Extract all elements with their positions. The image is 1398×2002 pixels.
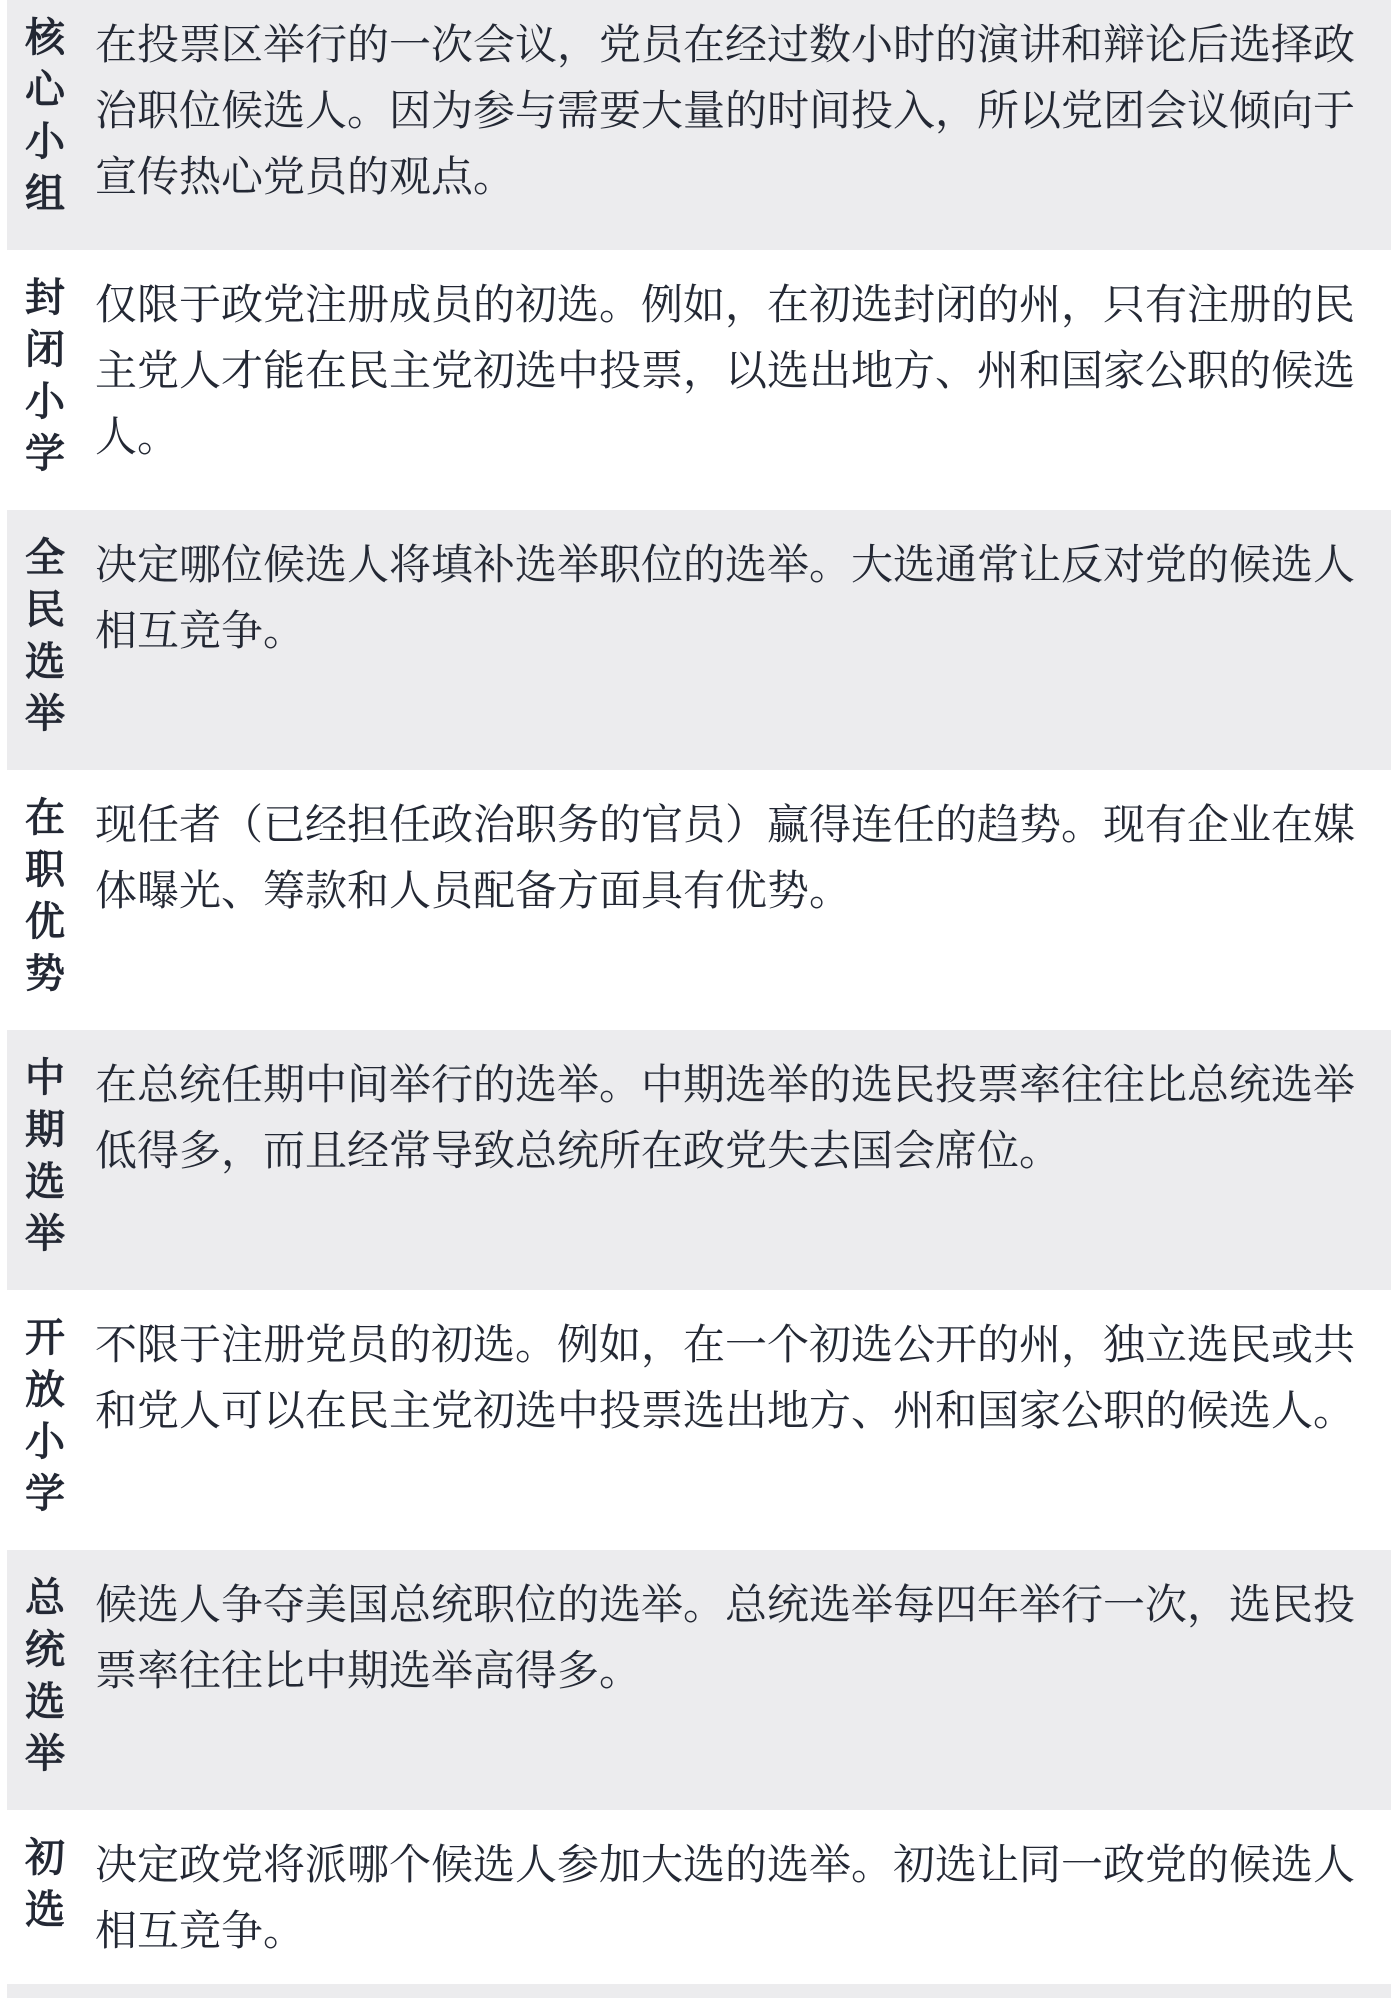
- term-cell: 中期选举: [7, 1052, 69, 1260]
- table-row: 全民选举决定哪位候选人将填补选举职位的选举。大选通常让反对党的候选人相互竞争。: [7, 510, 1391, 770]
- table-row: 总统选举候选人争夺美国总统职位的选举。总统选举每四年举行一次，选民投票率往往比中…: [7, 1550, 1391, 1810]
- definition-cell: 候选人争夺美国总统职位的选举。总统选举每四年举行一次，选民投票率往往比中期选举高…: [95, 1572, 1391, 1704]
- definition-cell: 决定哪位候选人将填补选举职位的选举。大选通常让反对党的候选人相互竞争。: [95, 532, 1391, 664]
- term-cell: 初选: [7, 1832, 69, 1936]
- definition-cell: 在投票区举行的一次会议，党员在经过数小时的演讲和辩论后选择政治职位候选人。因为参…: [95, 12, 1391, 210]
- term-cell: 封闭小学: [7, 272, 69, 480]
- term-cell: 总统选举: [7, 1572, 69, 1780]
- definition-cell: 在总统任期中间举行的选举。中期选举的选民投票率往往比总统选举低得多，而且经常导致…: [95, 1052, 1391, 1184]
- definition-cell: 不限于注册党员的初选。例如，在一个初选公开的州，独立选民或共和党人可以在民主党初…: [95, 1312, 1391, 1444]
- term-cell: 在职优势: [7, 792, 69, 1000]
- table-row: 封闭小学仅限于政党注册成员的初选。例如，在初选封闭的州，只有注册的民主党人才能在…: [7, 250, 1391, 510]
- term-cell: 开放小学: [7, 1312, 69, 1520]
- table-row: 在职优势现任者（已经担任政治职务的官员）赢得连任的趋势。现有企业在媒体曝光、筹款…: [7, 770, 1391, 1030]
- table-row: 中期选举在总统任期中间举行的选举。中期选举的选民投票率往往比总统选举低得多，而且…: [7, 1030, 1391, 1290]
- term-cell: 核心小组: [7, 12, 69, 220]
- definition-cell: 决定政党将派哪个候选人参加大选的选举。初选让同一政党的候选人相互竞争。: [95, 1832, 1391, 1964]
- definition-cell: 现任者（已经担任政治职务的官员）赢得连任的趋势。现有企业在媒体曝光、筹款和人员配…: [95, 792, 1391, 924]
- next-row-partial-strip: [7, 1984, 1391, 1998]
- glossary-table: 核心小组在投票区举行的一次会议，党员在经过数小时的演讲和辩论后选择政治职位候选人…: [7, 0, 1391, 1984]
- definition-cell: 仅限于政党注册成员的初选。例如，在初选封闭的州，只有注册的民主党人才能在民主党初…: [95, 272, 1391, 470]
- table-row: 核心小组在投票区举行的一次会议，党员在经过数小时的演讲和辩论后选择政治职位候选人…: [7, 0, 1391, 250]
- table-row: 初选决定政党将派哪个候选人参加大选的选举。初选让同一政党的候选人相互竞争。: [7, 1810, 1391, 1984]
- table-row: 开放小学不限于注册党员的初选。例如，在一个初选公开的州，独立选民或共和党人可以在…: [7, 1290, 1391, 1550]
- term-cell: 全民选举: [7, 532, 69, 740]
